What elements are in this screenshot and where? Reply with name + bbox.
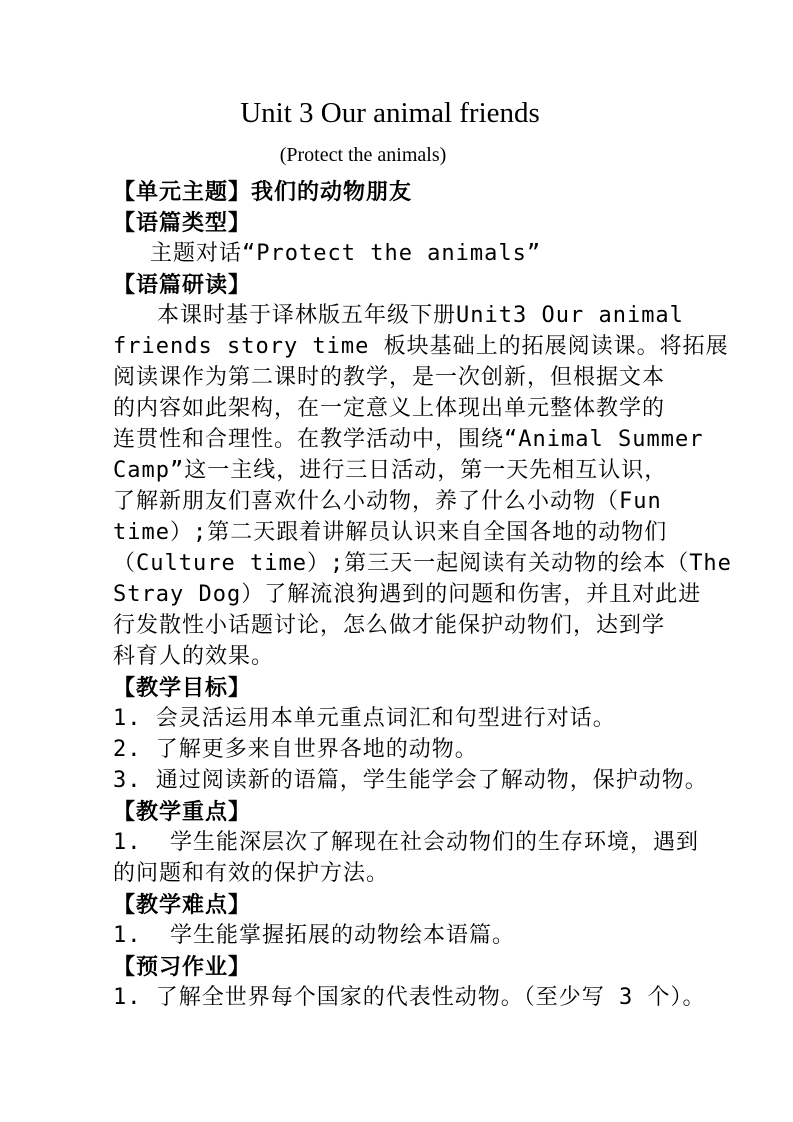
text-analysis-line: （Culture time）;第三天一起阅读有关动物的绘本（The — [113, 548, 680, 579]
text-analysis-line: 连贯性和合理性。在教学活动中，围绕“Animal Summer — [113, 424, 680, 455]
text-analysis-line: time）;第二天跟着讲解员认识来自全国各地的动物们 — [113, 517, 680, 548]
text-analysis-line: friends story time 板块基础上的拓展阅读课。将拓展 — [113, 331, 680, 362]
teaching-goal-item: 2. 了解更多来自世界各地的动物。 — [113, 734, 680, 765]
teaching-focus-line: 1. 学生能深层次了解现在社会动物们的生存环境，遇到 — [113, 827, 680, 858]
teaching-difficulty-item: 1. 学生能掌握拓展的动物绘本语篇。 — [113, 920, 680, 951]
text-analysis-line: Camp”这一主线，进行三日活动，第一天先相互认识， — [113, 455, 680, 486]
heading-preview-homework: 【预习作业】 — [113, 951, 680, 982]
heading-unit-theme: 【单元主题】我们的动物朋友 — [113, 176, 680, 207]
text-analysis-line: 本课时基于译林版五年级下册Unit3 Our animal — [113, 300, 680, 331]
page-title: Unit 3 Our animal friends — [0, 0, 780, 130]
text-analysis-line: Stray Dog）了解流浪狗遇到的问题和伤害，并且对此进 — [113, 579, 680, 610]
text-analysis-line: 了解新朋友们喜欢什么小动物，养了什么小动物（Fun — [113, 486, 680, 517]
heading-teaching-goals: 【教学目标】 — [113, 672, 680, 703]
heading-text-type: 【语篇类型】 — [113, 207, 680, 238]
document-page: Unit 3 Our animal friends (Protect the a… — [0, 0, 793, 1122]
teaching-goal-item: 3. 通过阅读新的语篇，学生能学会了解动物，保护动物。 — [113, 765, 680, 796]
text-type-content: 主题对话“Protect the animals” — [113, 238, 680, 269]
preview-homework-item: 1. 了解全世界每个国家的代表性动物。（至少写 3 个）。 — [113, 982, 680, 1013]
heading-teaching-difficulty: 【教学难点】 — [113, 889, 680, 920]
heading-teaching-focus: 【教学重点】 — [113, 796, 680, 827]
text-analysis-line: 科育人的效果。 — [113, 641, 680, 672]
text-analysis-line: 行发散性小话题讨论，怎么做才能保护动物们，达到学 — [113, 610, 680, 641]
document-body: 【单元主题】我们的动物朋友 【语篇类型】 主题对话“Protect the an… — [0, 176, 680, 1013]
teaching-focus-line: 的问题和有效的保护方法。 — [113, 858, 680, 889]
heading-text-analysis: 【语篇研读】 — [113, 269, 680, 300]
teaching-goal-item: 1. 会灵活运用本单元重点词汇和句型进行对话。 — [113, 703, 680, 734]
page-subtitle: (Protect the animals) — [0, 143, 726, 167]
text-analysis-line: 的内容如此架构，在一定意义上体现出单元整体教学的 — [113, 393, 680, 424]
text-analysis-line: 阅读课作为第二课时的教学，是一次创新，但根据文本 — [113, 362, 680, 393]
text-analysis-paragraph: 本课时基于译林版五年级下册Unit3 Our animal friends st… — [113, 300, 680, 672]
